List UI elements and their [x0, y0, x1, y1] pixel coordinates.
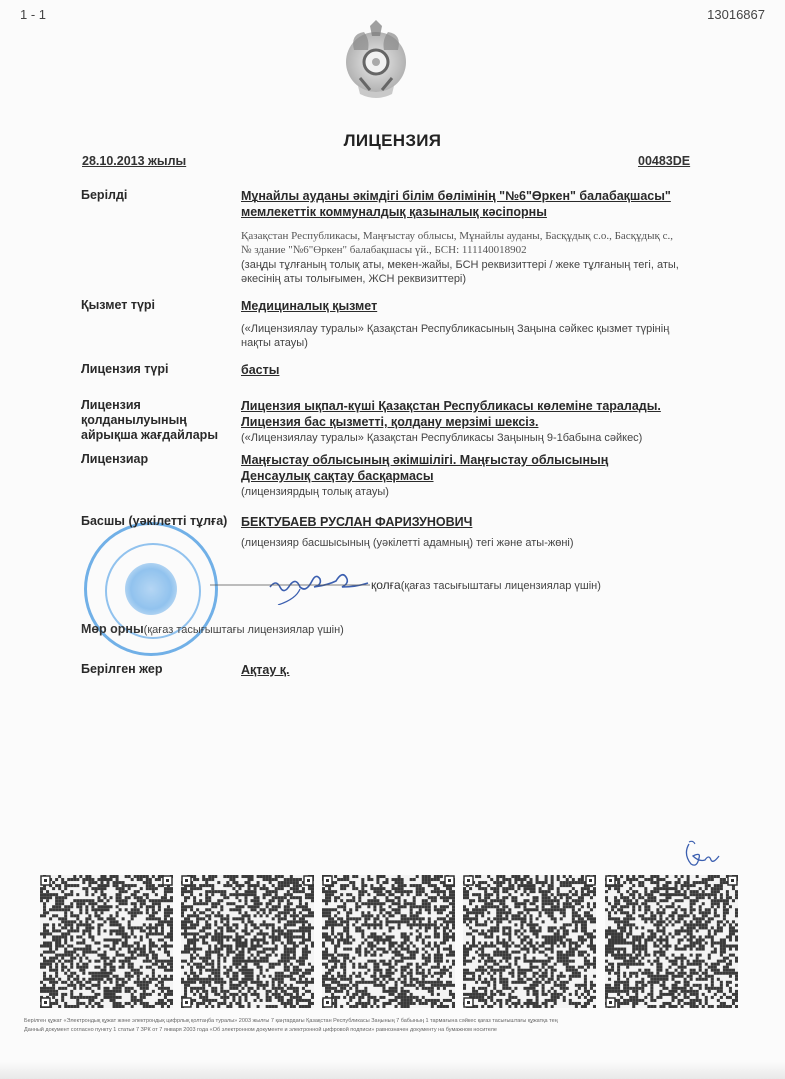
issued-to-note: (заңды тұлғаның толық аты, мекен-жайы, Б…: [241, 258, 711, 286]
issued-to-address: Қазақстан Республикасы, Маңғыстау облысы…: [241, 229, 711, 257]
licensor-note: (лицензиярдың толық атауы): [241, 485, 711, 499]
page-number: 1 - 1: [20, 7, 46, 22]
seal-emblem-icon: [125, 563, 177, 615]
signature-label-text: қолға: [371, 578, 401, 592]
qr-code-1: [40, 875, 173, 1008]
footer-line-kk: Берілген құжат «Электрондық құжат және э…: [24, 1017, 744, 1026]
qr-code-5: [605, 875, 738, 1008]
issued-to-note-line-2: әкесінің аты толығымен, ЖСН реквизиттері…: [241, 272, 711, 286]
special-conditions-note: («Лицензиялау туралы» Қазақстан Республи…: [241, 431, 711, 445]
licensor-label: Лицензиар: [81, 452, 148, 467]
special-conditions-label-line-2: қолданылуының: [81, 413, 218, 428]
issue-date: 28.10.2013 жылы: [82, 154, 186, 168]
special-conditions-value: Лицензия ықпал-күші Қазақстан Республика…: [241, 398, 701, 430]
signature-note: (қағаз тасығыштағы лицензиялар үшін): [401, 580, 601, 592]
signature-label: қолға(қағаз тасығыштағы лицензиялар үшін…: [371, 578, 601, 592]
special-conditions-label: Лицензия қолданылуының айрықша жағдайлар…: [81, 398, 218, 443]
seal-place: Мөр орны(қағаз тасығыштағы лицензиялар ү…: [81, 622, 344, 636]
qr-code-4: [463, 875, 596, 1008]
address-line-1: Қазақстан Республикасы, Маңғыстау облысы…: [241, 229, 711, 243]
qr-code-3: [322, 875, 455, 1008]
document-id: 13016867: [707, 7, 765, 22]
licensor-line-1: Маңғыстау облысының әкімшілігі. Маңғыста…: [241, 452, 701, 468]
activity-type-label: Қызмет түрі: [81, 298, 155, 313]
head-note: (лицензияр басшысының (уәкілетті адамның…: [241, 536, 711, 550]
issued-to-value: Мұнайлы ауданы әкімдігі білім бөлімінің …: [241, 188, 701, 220]
license-type-value: басты: [241, 362, 701, 378]
issued-to-note-line-1: (заңды тұлғаның толық аты, мекен-жайы, Б…: [241, 258, 711, 272]
licensor-value: Маңғыстау облысының әкімшілігі. Маңғыста…: [241, 452, 701, 484]
issued-place-value: Ақтау қ.: [241, 662, 701, 678]
license-type-label: Лицензия түрі: [81, 362, 169, 377]
license-number: 00483DE: [638, 154, 690, 168]
legal-footer: Берілген құжат «Электрондық құжат және э…: [24, 1017, 744, 1035]
activity-type-note: («Лицензиялау туралы» Қазақстан Республи…: [241, 322, 711, 350]
special-conditions-label-line-3: айрықша жағдайлары: [81, 428, 218, 443]
activity-type-value: Медициналық қызмет: [241, 298, 701, 314]
seal-place-label: Мөр орны: [81, 622, 144, 636]
document-title: ЛИЦЕНЗИЯ: [0, 131, 785, 151]
address-line-2: № здание "№6"Өркен" балабақшасы үй., БСН…: [241, 243, 711, 257]
footer-line-ru: Данный документ согласно пункту 1 статьи…: [24, 1026, 744, 1035]
state-emblem-icon: [340, 20, 412, 100]
seal-place-note: (қағаз тасығыштағы лицензиялар үшін): [144, 624, 344, 636]
activity-type-note-line-1: («Лицензиялау туралы» Қазақстан Республи…: [241, 322, 711, 336]
page-bottom-edge: [0, 1062, 785, 1079]
issued-to-label: Берілді: [81, 188, 127, 203]
head-label: Басшы (уәкілетті тұлға): [81, 514, 227, 529]
activity-type-note-line-2: нақты атауы): [241, 336, 711, 350]
licensor-line-2: Денсаулық сақтау басқармасы: [241, 468, 701, 484]
issued-place-label: Берілген жер: [81, 662, 162, 677]
handwritten-signature: [210, 565, 370, 605]
qr-code-2: [181, 875, 314, 1008]
issued-to-line-2: мемлекеттік коммуналдық қазыналық кәсіпо…: [241, 204, 701, 220]
special-conditions-line-1: Лицензия ықпал-күші Қазақстан Республика…: [241, 398, 701, 414]
handwritten-initials: [683, 840, 723, 870]
special-conditions-label-line-1: Лицензия: [81, 398, 218, 413]
special-conditions-line-2: Лицензия бас қызметті, қолдану мерзімі ш…: [241, 414, 701, 430]
issued-to-line-1: Мұнайлы ауданы әкімдігі білім бөлімінің …: [241, 188, 701, 204]
head-value: БЕКТУБАЕВ РУСЛАН ФАРИЗУНОВИЧ: [241, 514, 701, 530]
